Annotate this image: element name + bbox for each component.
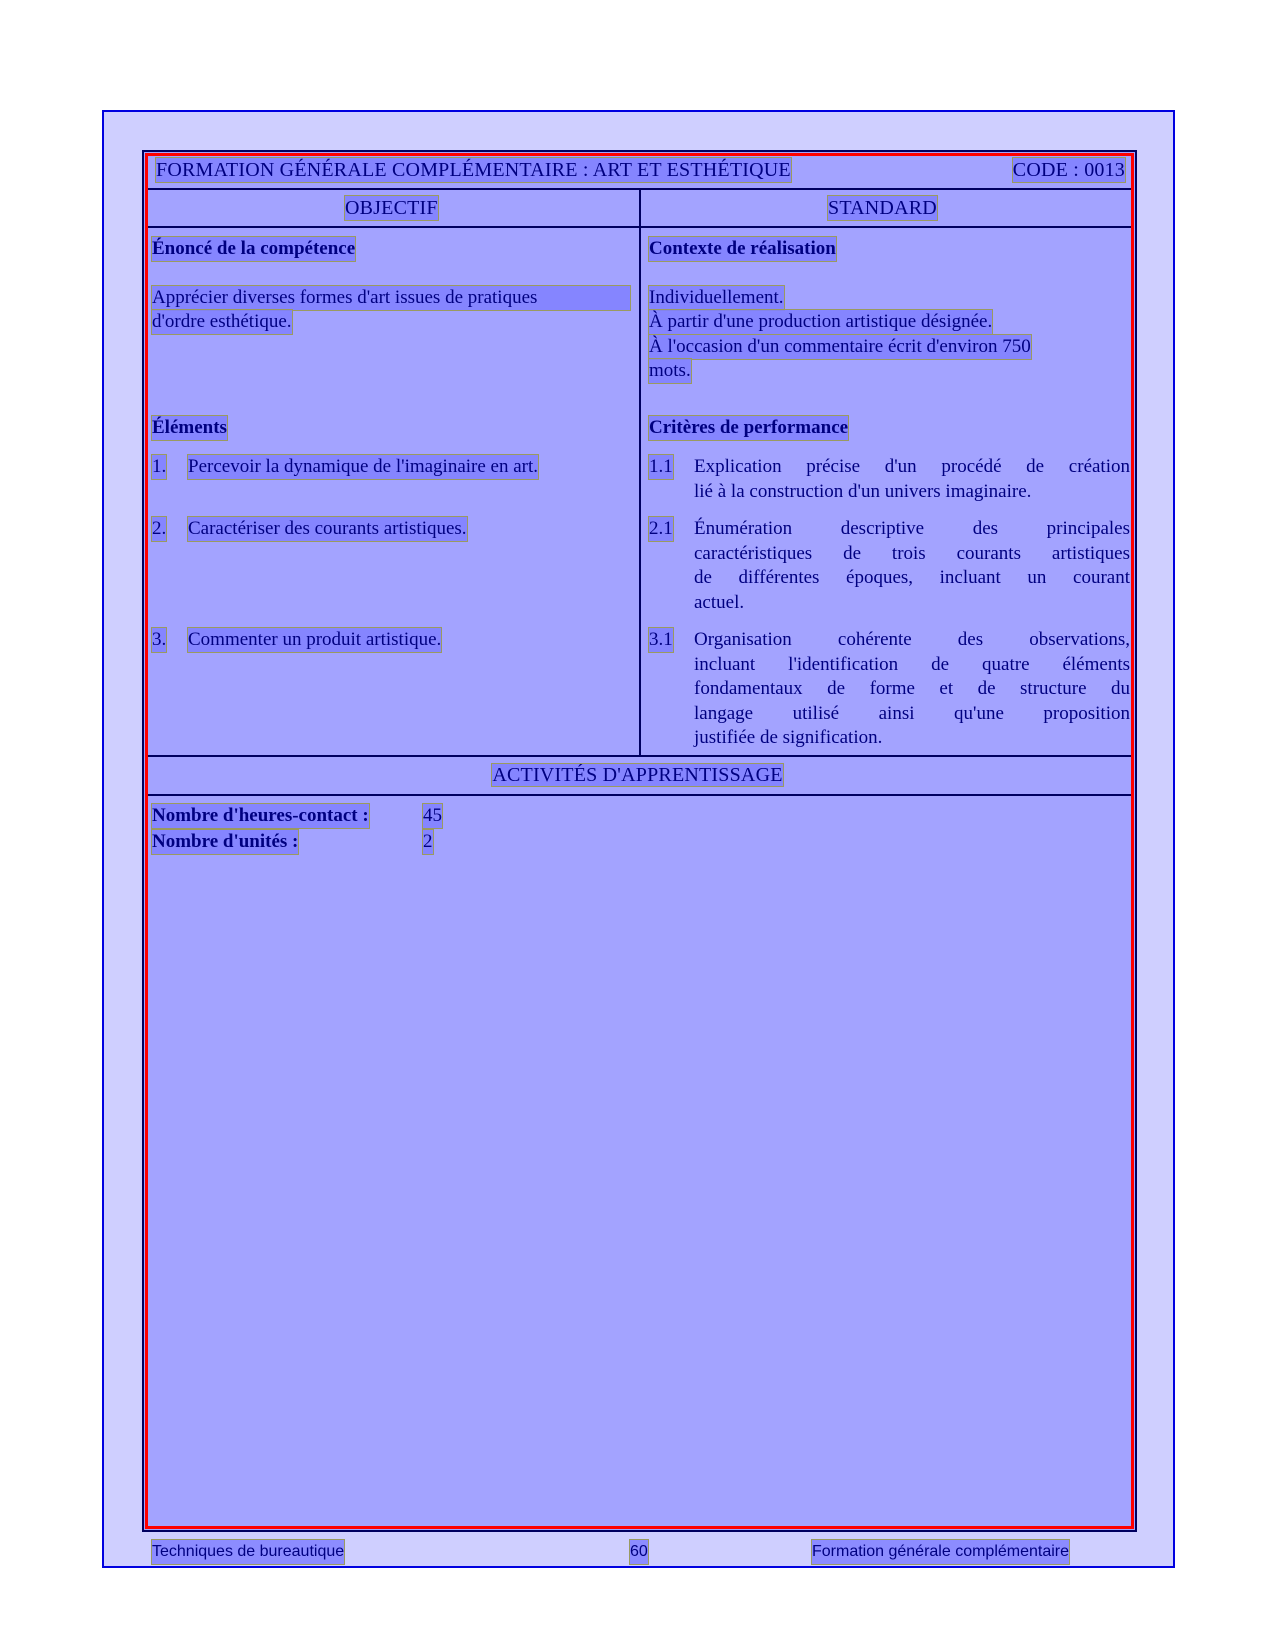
criterion-number: 1.1 bbox=[649, 455, 673, 479]
footer-right: Formation générale complémentaire bbox=[812, 1540, 1069, 1564]
element-number: 2. bbox=[152, 517, 166, 541]
column-heading-objectif: OBJECTIF bbox=[345, 196, 438, 220]
activities-heading-wrap: ACTIVITÉS D'APPRENTISSAGE bbox=[0, 763, 1275, 787]
element-text: Percevoir la dynamique de l'imaginaire e… bbox=[188, 455, 538, 479]
hours-value: 45 bbox=[423, 804, 442, 828]
units-label: Nombre d'unités : bbox=[152, 830, 298, 854]
element-text: Caractériser des courants artistiques. bbox=[188, 517, 467, 541]
elements-heading: Éléments bbox=[152, 416, 227, 440]
units-value: 2 bbox=[423, 830, 433, 854]
criterion-line: incluant l'identification de quatre élém… bbox=[694, 653, 1130, 678]
document-title: FORMATION GÉNÉRALE COMPLÉMENTAIRE : ART … bbox=[156, 158, 791, 182]
criterion-line: Énumération descriptive des principales bbox=[694, 517, 1130, 542]
context-line-3: À l'occasion d'un commentaire écrit d'en… bbox=[649, 335, 1031, 359]
page-number: 60 bbox=[630, 1540, 648, 1564]
activities-heading: ACTIVITÉS D'APPRENTISSAGE bbox=[492, 764, 782, 786]
element-text: Commenter un produit artistique. bbox=[188, 628, 441, 652]
criterion-text: Explication précise d'un procédé de créa… bbox=[694, 455, 1130, 504]
criteria-heading: Critères de performance bbox=[649, 416, 848, 440]
divider bbox=[145, 755, 1134, 757]
criterion-number: 2.1 bbox=[649, 517, 673, 541]
criterion-text: Énumération descriptive des principales … bbox=[694, 517, 1130, 615]
element-number: 3. bbox=[152, 628, 166, 652]
footer-left: Techniques de bureautique bbox=[152, 1540, 344, 1564]
context-line-4: mots. bbox=[649, 359, 691, 383]
competence-heading: Énoncé de la compétence bbox=[152, 237, 355, 261]
divider bbox=[145, 794, 1134, 796]
context-line-2: À partir d'une production artistique dés… bbox=[649, 310, 992, 334]
criterion-text: Organisation cohérente des observations,… bbox=[694, 628, 1130, 751]
criterion-line: justifiée de signification. bbox=[694, 726, 1130, 751]
competence-line-1: Apprécier diverses formes d'art issues d… bbox=[152, 286, 630, 310]
criterion-line: fondamentaux de forme et de structure du bbox=[694, 677, 1130, 702]
criterion-line: lié à la construction d'un univers imagi… bbox=[694, 480, 1130, 505]
criterion-line: Organisation cohérente des observations, bbox=[694, 628, 1130, 653]
course-code: CODE : 0013 bbox=[1013, 158, 1125, 182]
criterion-line: langage utilisé ainsi qu'une proposition bbox=[694, 702, 1130, 727]
competence-line-2: d'ordre esthétique. bbox=[152, 310, 292, 334]
criterion-number: 3.1 bbox=[649, 628, 673, 652]
context-line-1: Individuellement. bbox=[649, 286, 784, 310]
criterion-line: de différentes époques, incluant un cour… bbox=[694, 566, 1130, 591]
hours-label: Nombre d'heures-contact : bbox=[152, 804, 369, 828]
column-divider bbox=[639, 189, 641, 756]
context-heading: Contexte de réalisation bbox=[649, 237, 836, 261]
element-number: 1. bbox=[152, 455, 166, 479]
criterion-line: caractéristiques de trois courants artis… bbox=[694, 542, 1130, 567]
column-heading-standard: STANDARD bbox=[828, 196, 937, 220]
criterion-line: actuel. bbox=[694, 591, 1130, 616]
criterion-line: Explication précise d'un procédé de créa… bbox=[694, 455, 1130, 480]
